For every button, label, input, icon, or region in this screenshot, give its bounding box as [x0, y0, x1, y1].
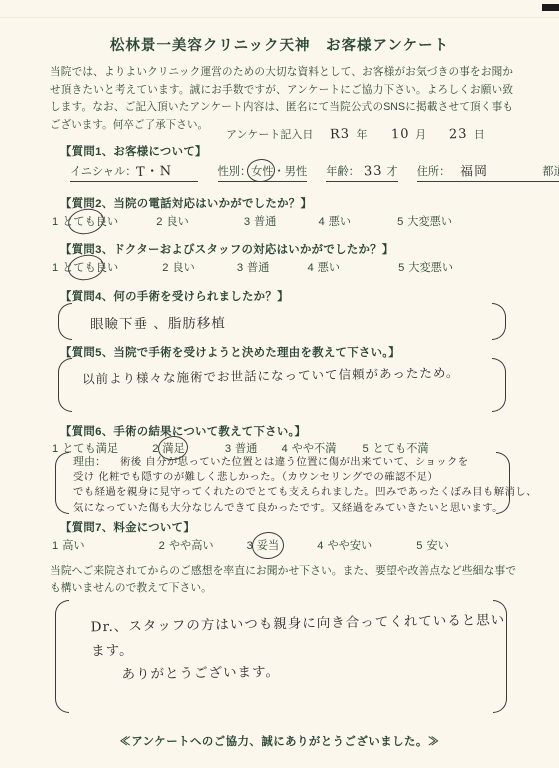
q3-option-4: 4悪い	[307, 259, 340, 275]
gender-separator: ・	[274, 166, 285, 178]
q2-option-2: 2良い	[156, 213, 189, 229]
q2-options: 1とても良い 2良い 3普通 4悪い 5大変悪い	[52, 213, 452, 229]
feedback-answer-box: Dr.、スタッフの方はいつも親身に向き合ってくれていると思います。 ありがとうご…	[55, 600, 507, 713]
q7-option-4: 4やや安い	[317, 537, 372, 553]
age-field: 年齢：33才	[326, 166, 397, 182]
survey-date-year-value: R3	[330, 127, 351, 143]
q5-answer: 以前より様々な施術でお世話になっていて信頼があったため。	[58, 354, 506, 388]
page-title: 松林景一美容クリニック天神 お客様アンケート	[0, 34, 559, 55]
q1-heading: 【質問1、お客様について】	[60, 143, 207, 159]
initial-label: イニシャル：	[70, 166, 136, 178]
age-value: 33	[364, 164, 383, 180]
q3-option-3: 3普通	[237, 259, 270, 275]
address-suffix: 都道府	[542, 166, 559, 178]
survey-date-label: アンケート記入日	[226, 129, 313, 141]
age-label: 年齢：	[326, 166, 360, 178]
scan-crease-line	[0, 17, 559, 18]
gender-field: 性別：女性・男性	[218, 166, 308, 182]
q2-option-1: 1とても良い	[52, 213, 118, 229]
gender-option-male: 男性	[285, 166, 307, 178]
q2-option-3: 3普通	[244, 213, 277, 229]
scan-corner-mark	[542, 4, 559, 11]
day-unit: 日	[474, 129, 485, 141]
address-field: 住所：福岡都道府県	[417, 166, 559, 182]
gender-label: 性別：	[218, 166, 252, 178]
feedback-line-1: Dr.、スタッフの方はいつも親身に向き合ってくれていると思います。	[91, 608, 508, 663]
address-label: 住所：	[417, 166, 451, 178]
survey-date-day-value: 23	[449, 127, 468, 143]
feedback-prompt: 当院へご来院されてからのご感想を率直にお聞かせ下さい。また、要望や改善点など些細…	[50, 563, 516, 597]
q3-option-2: 2良い	[162, 259, 195, 275]
q3-option-5: 5大変悪い	[398, 259, 453, 275]
q3-heading: 【質問3、ドクターおよびスタッフの対応はいかがでしたか？】	[60, 241, 394, 257]
q2-option-4: 4悪い	[318, 213, 351, 229]
survey-date-month-value: 10	[390, 127, 409, 143]
address-value: 福岡	[460, 159, 532, 179]
survey-date-line: アンケート記入日 R3年 10月 23日	[226, 126, 491, 142]
q5-answer-box: 以前より様々な施術でお世話になっていて信頼があったため。	[58, 358, 506, 412]
q7-heading: 【質問7、料金について】	[60, 519, 195, 535]
q4-answer-box: 眼瞼下垂 、脂肪移植	[58, 303, 506, 340]
q7-options: 1高い 2やや高い 3妥当 4やや安い 5安い	[52, 537, 449, 553]
gender-option-female: 女性	[251, 163, 273, 179]
q1-fields: イニシャル：T・N 性別：女性・男性 年齢：33才 住所：福岡都道府県	[70, 160, 559, 179]
q6-heading: 【質問6、手術の結果について教えて下さい。】	[60, 423, 306, 439]
q6-reason-label: 理由：	[73, 455, 106, 470]
initial-field: イニシャル：T・N	[70, 166, 198, 182]
q6-reason-line-2: 受け 化粧でも隠すのが難しく悲しかった。（カウンセリングでの確認不足）	[73, 470, 494, 485]
q6-reason-box: 理由： 術後 自分が思っていた位置とは違う位置に傷が出来ていて、ショックを 受け…	[55, 452, 510, 514]
q6-reason-line-4: 気になっていた傷も大分なじんできて良かったです。又経過をみていきたいと思います。	[73, 501, 494, 516]
age-unit: 才	[386, 166, 397, 178]
q7-option-3: 3妥当	[247, 537, 280, 553]
footer-thanks: ≪アンケートへのご協力、誠にありがとうございました。≫	[0, 733, 559, 749]
q7-option-5: 5安い	[416, 537, 449, 553]
q2-heading: 【質問2、当院の電話対応はいかがでしたか？】	[60, 195, 312, 211]
q3-options: 1とても良い 2良い 3普通 4悪い 5大変悪い	[52, 259, 453, 275]
q6-reason: 理由： 術後 自分が思っていた位置とは違う位置に傷が出来ていて、ショックを 受け…	[55, 452, 510, 516]
q4-heading: 【質問4、何の手術を受けられましたか？】	[60, 288, 289, 304]
year-unit: 年	[356, 129, 367, 141]
q3-option-1: 1とても良い	[52, 259, 118, 275]
q2-option-5: 5大変悪い	[397, 213, 452, 229]
survey-sheet: 松林景一美容クリニック天神 お客様アンケート 当院では、よりよいクリニック運営の…	[0, 0, 559, 768]
feedback-answer: Dr.、スタッフの方はいつも親身に向き合ってくれていると思います。 ありがとうご…	[54, 596, 507, 688]
q6-reason-line-1: 術後 自分が思っていた位置とは違う位置に傷が出来ていて、ショックを	[120, 455, 469, 470]
q7-option-2: 2やや高い	[159, 537, 214, 553]
q4-answer: 眼瞼下垂 、脂肪移植	[58, 301, 506, 333]
q6-reason-line-3: でも経過を親身に見守ってくれたのでとても支えられました。凹みであったくぼみ目も解…	[73, 485, 494, 500]
q7-option-1: 1高い	[52, 537, 85, 553]
intro-text: 当院では、よりよいクリニック運営のための大切な資料として、お客様がお気づきの事を…	[50, 64, 513, 134]
month-unit: 月	[415, 129, 426, 141]
initial-value: T・N	[136, 159, 199, 180]
